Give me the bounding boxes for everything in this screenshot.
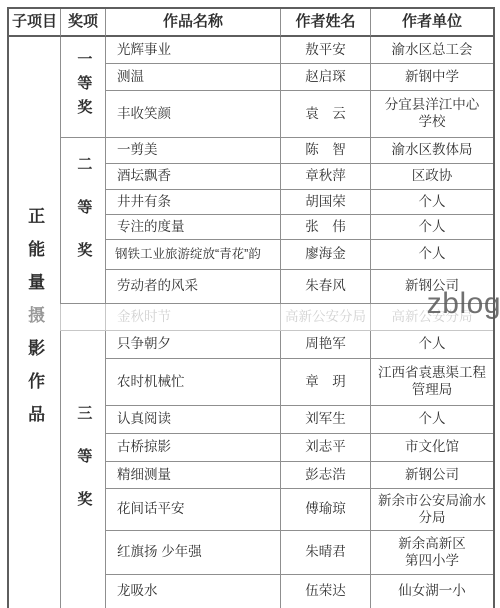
award-third-prize-cell: 三等奖 <box>61 331 106 608</box>
author-name: 赵启琛 <box>281 64 371 91</box>
work-title: 花间话平安 <box>106 489 281 531</box>
author-name: 章 玥 <box>281 359 371 406</box>
author-org: 市文化馆 <box>371 434 493 462</box>
zblog-watermark: zblog <box>427 287 500 321</box>
author-name: 胡国荣 <box>281 190 371 215</box>
author-org: 渝水区教体局 <box>371 138 493 164</box>
work-title: 精细测量 <box>106 462 281 489</box>
author-org: 新钢公司 <box>371 462 493 489</box>
work-title: 农时机械忙 <box>106 359 281 406</box>
author-name: 张 伟 <box>281 215 371 240</box>
author-name: 朱晴君 <box>281 531 371 575</box>
work-title: 龙吸水 <box>106 575 281 608</box>
work-title: 金秋时节 <box>106 304 281 331</box>
author-org: 个人 <box>371 190 493 215</box>
work-title: 丰收笑颜 <box>106 91 281 138</box>
work-title: 认真阅读 <box>106 406 281 434</box>
author-name: 伍荣达 <box>281 575 371 608</box>
author-name: 刘志平 <box>281 434 371 462</box>
author-name: 袁 云 <box>281 91 371 138</box>
author-name: 陈 智 <box>281 138 371 164</box>
award-first-prize-cell: 一等奖 <box>61 37 106 138</box>
col-header-title: 作品名称 <box>106 9 281 37</box>
col-header-award: 奖项 <box>61 9 106 37</box>
work-title: 专注的度量 <box>106 215 281 240</box>
work-title: 劳动者的风采 <box>106 270 281 304</box>
work-title: 一剪美 <box>106 138 281 164</box>
work-title: 光辉事业 <box>106 37 281 64</box>
col-header-project: 子项目 <box>9 9 61 37</box>
author-name: 傅瑜琼 <box>281 489 371 531</box>
author-name: 彭志浩 <box>281 462 371 489</box>
col-header-author: 作者姓名 <box>281 9 371 37</box>
author-org: 个人 <box>371 331 493 359</box>
author-name: 朱春风 <box>281 270 371 304</box>
author-name: 敖平安 <box>281 37 371 64</box>
author-org: 个人 <box>371 215 493 240</box>
work-title: 钢铁工业旅游绽放“青花”韵 <box>106 240 281 270</box>
author-org: 分宜县洋江中心 学校 <box>371 91 493 138</box>
author-org: 仙女湖一小 <box>371 575 493 608</box>
work-title: 酒坛飘香 <box>106 164 281 190</box>
author-org: 个人 <box>371 240 493 270</box>
author-org: 新余市公安局渝水 分局 <box>371 489 493 531</box>
author-name: 刘军生 <box>281 406 371 434</box>
author-org: 区政协 <box>371 164 493 190</box>
award-faded-cell <box>61 304 106 331</box>
award-second-prize-cell: 二等奖 <box>61 138 106 304</box>
work-title: 井井有条 <box>106 190 281 215</box>
author-org: 新余高新区 第四小学 <box>371 531 493 575</box>
author-name: 周艳军 <box>281 331 371 359</box>
author-org: 新钢中学 <box>371 64 493 91</box>
author-org: 江西省袁惠渠工程 管理局 <box>371 359 493 406</box>
project-name-cell: 正能量摄影作品 <box>9 37 61 608</box>
work-title: 测温 <box>106 64 281 91</box>
work-title: 只争朝夕 <box>106 331 281 359</box>
col-header-org: 作者单位 <box>371 9 493 37</box>
work-title: 古桥掠影 <box>106 434 281 462</box>
author-org: 渝水区总工会 <box>371 37 493 64</box>
author-org: 个人 <box>371 406 493 434</box>
work-title: 红旗扬 少年强 <box>106 531 281 575</box>
awards-table: 子项目 奖项 作品名称 作者姓名 作者单位 正能量摄影作品 一等奖 二等奖 三等… <box>7 7 495 608</box>
author-name: 廖海金 <box>281 240 371 270</box>
author-name: 高新公安分局 <box>281 304 371 331</box>
author-name: 章秋萍 <box>281 164 371 190</box>
